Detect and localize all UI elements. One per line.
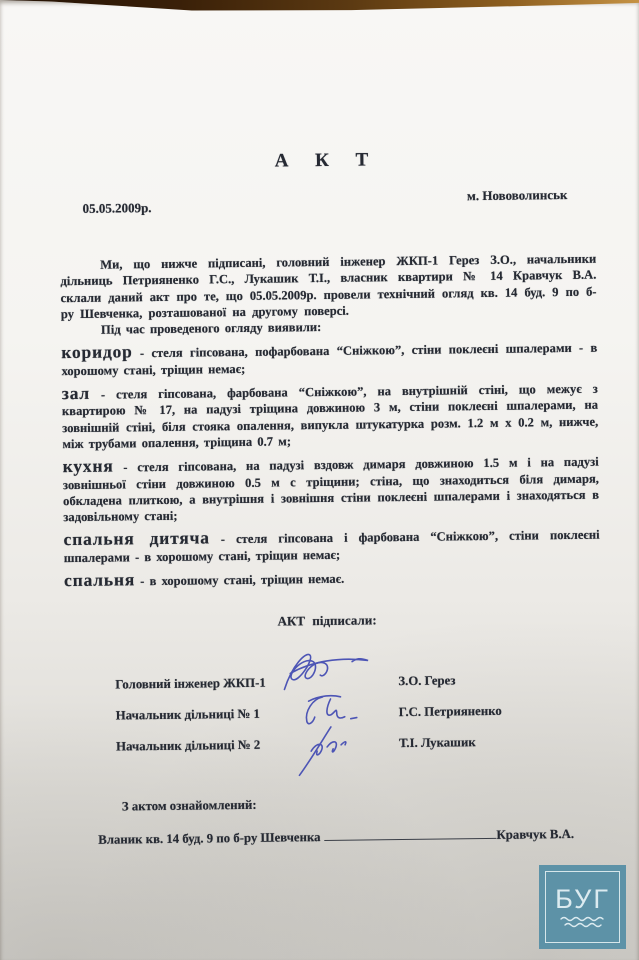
signatory-role: Начальник дільниці № 2 [116,737,351,755]
section-corridor: коридор - стеля гіпсована, пофарбована “… [61,338,597,379]
section-hall: зал - стеля гіпсована, фарбована “Сніжко… [62,379,599,453]
acknowledgement-heading: З актом ознайомлений: [122,793,639,814]
signatory-name: Г.С. Петрияненко [399,704,502,720]
owner-signature-line: Вланик кв. 14 буд. 9 по б-ру ШевченкаКра… [98,824,639,848]
owner-name: Кравчук В.А. [496,827,574,842]
section-bedroom-label: спальня [64,569,135,590]
intro-paragraph: Ми, що нижче підписані, головний інженер… [60,251,597,323]
signatory-name: Т.І. Лукашик [399,735,476,751]
signature-blank-line [324,826,496,841]
section-kitchen-text: - стеля гіпсована, на падузі вздовж дима… [63,455,599,524]
date-city-row: 05.05.2009р. м. Нововолинськ [82,195,593,217]
signatory-row: Начальник дільниці № 2 Т.І. Лукашик [9,725,639,764]
signatory-role: Головний інженер ЖКП-1 [115,675,350,693]
document-date: 05.05.2009р. [82,200,151,217]
document-content: А К Т 05.05.2009р. м. Нововолинськ Ми, щ… [0,0,639,849]
waves-icon [559,915,607,929]
signatures-block: Головний інженер ЖКП-1 З.О. Герез Началь… [8,663,639,759]
section-hall-text: - стеля гіпсована, фарбована “Сніжкою”, … [62,382,598,451]
bug-logo-frame: БУГ [545,871,620,943]
paper-sheet: А К Т 05.05.2009р. м. Нововолинськ Ми, щ… [0,0,639,960]
document-body: Ми, що нижче підписані, головний інженер… [60,251,600,591]
section-corridor-text: - стеля гіпсована, пофарбована “Сніжкою”… [61,341,597,378]
signatory-name: З.О. Герез [398,674,455,690]
section-bedroom: спальня - в хорошому стані, тріщин немає… [64,566,600,591]
section-corridor-label: коридор [61,342,133,363]
section-kitchen-label: кухня [63,456,114,477]
section-hall-label: зал [62,383,90,403]
document-title: А К Т [2,146,639,176]
owner-line-prefix: Вланик кв. 14 буд. 9 по б-ру Шевченка [98,830,320,847]
document-city: м. Нововолинськ [467,187,568,204]
bug-logo-text: БУГ [555,886,610,913]
section-kids-bedroom: спальня дитяча - стеля гіпсована і фарбо… [63,525,599,566]
section-bedroom-text: - в хорошому стані, тріщин немає. [140,572,344,588]
section-kitchen: кухня - стеля гіпсована, на падузі вздов… [63,452,600,526]
section-kids-bedroom-label: спальня дитяча [63,528,209,550]
signed-heading: АКТ підписали: [8,609,639,633]
signatory-role: Начальник дільниці № 1 [116,706,351,724]
bug-watermark-logo: БУГ [539,865,626,949]
